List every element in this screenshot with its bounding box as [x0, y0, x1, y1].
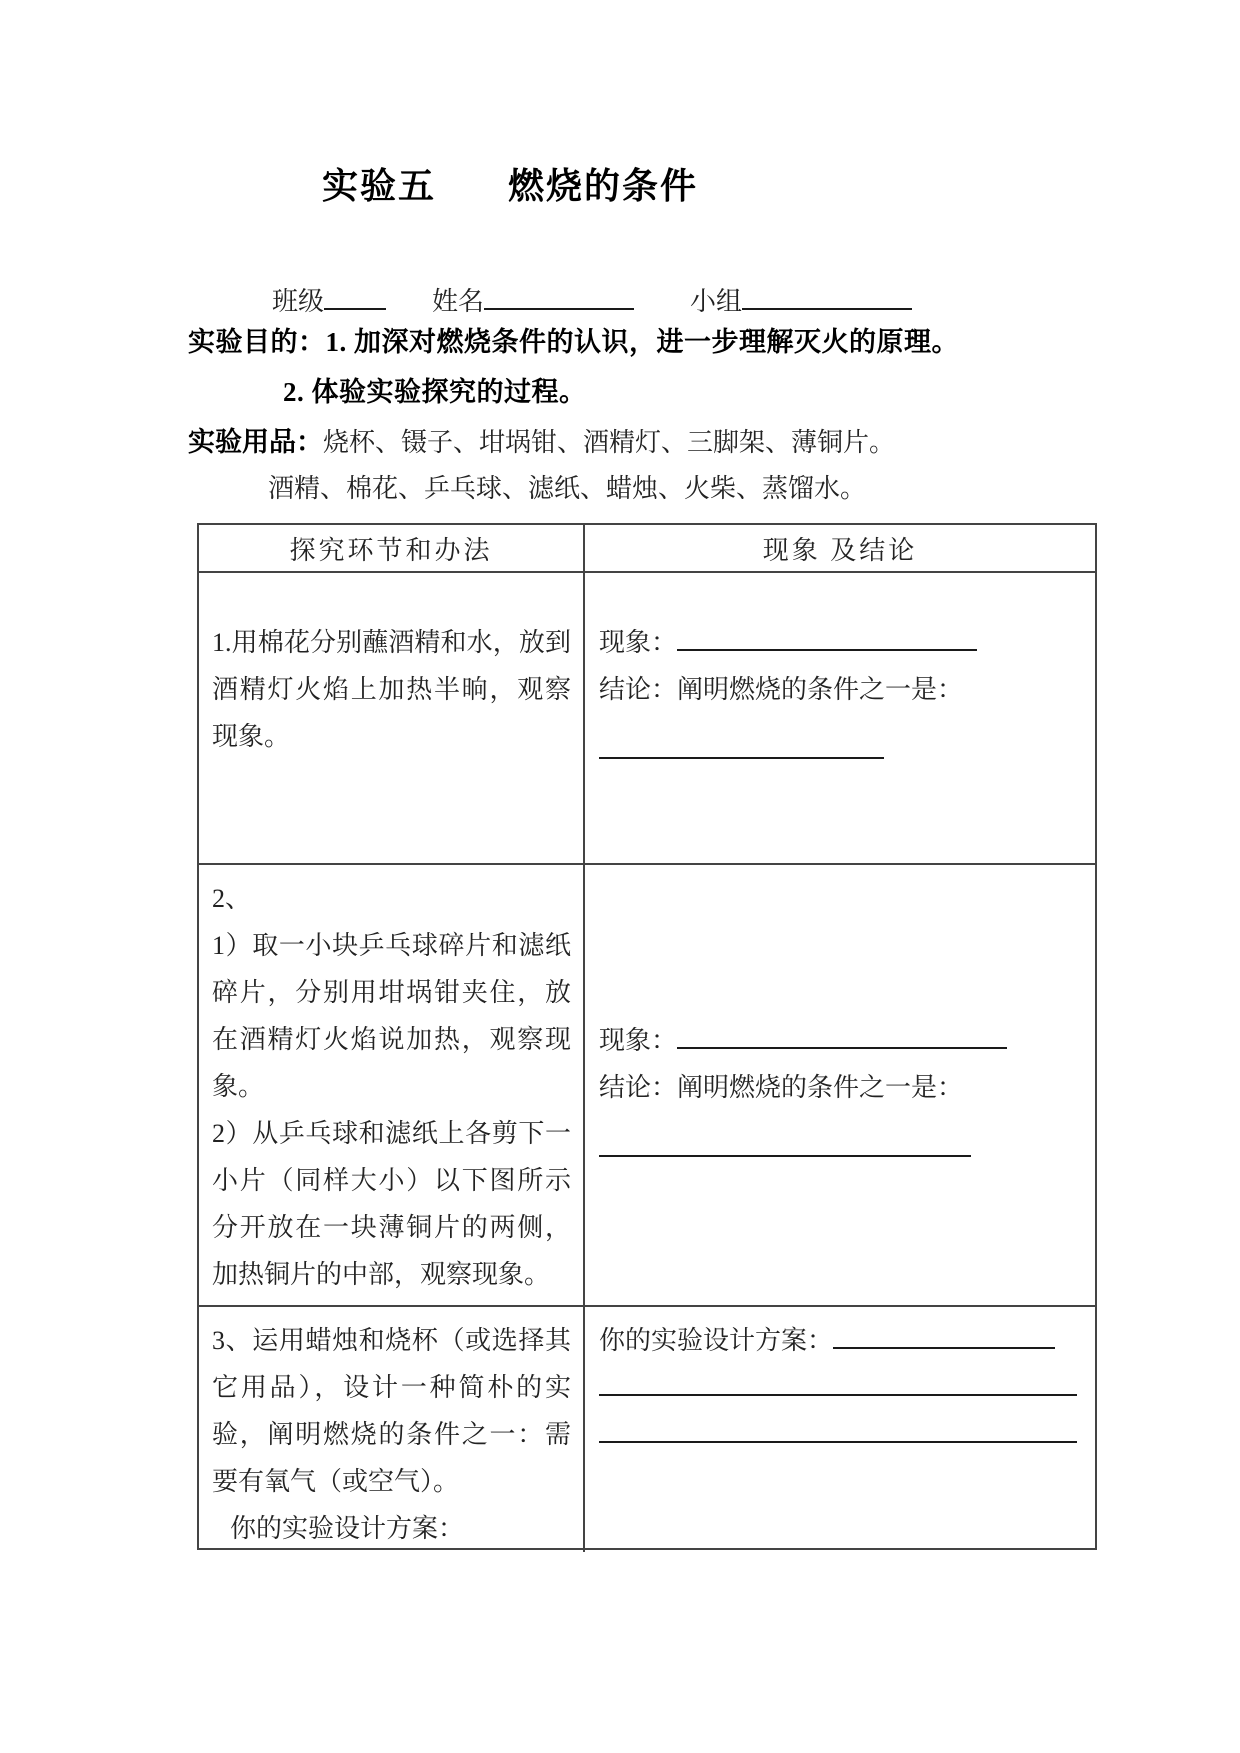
row2-phenomenon-line: 现象：	[599, 1017, 1079, 1064]
name-blank-line	[484, 283, 634, 310]
class-blank-line	[324, 283, 386, 310]
row2-result-cell: 现象： 结论：阐明燃烧的条件之一是：	[585, 865, 1095, 1307]
row2-conclusion-blank-row	[599, 1125, 1079, 1172]
name-label: 姓名	[432, 287, 484, 316]
row1-conclusion-blank-line	[599, 732, 884, 759]
title-experiment-name: 燃烧的条件	[508, 166, 698, 206]
row1-phenomenon-label: 现象：	[599, 628, 677, 657]
group-label: 小组	[690, 287, 742, 316]
row2-item-number: 2、	[212, 875, 571, 922]
row2-method-cell: 2、 1）取一小块乒乓球碎片和滤纸碎片，分别用坩埚钳夹住，放在酒精灯火焰说加热，…	[199, 865, 585, 1307]
row3-plan-blank-line-3	[599, 1416, 1077, 1443]
row2-phenomenon-blank-line	[677, 1022, 1007, 1049]
row3-plan-label: 你的实验设计方案：	[599, 1326, 833, 1355]
purpose-item-2: 2. 体验实验探究的过程。	[283, 370, 587, 409]
student-info-line: 班级姓名小组	[272, 281, 912, 318]
table-header-results: 现象 及结论	[585, 525, 1095, 573]
row2-step2-text: 2）从乒乓球和滤纸上各剪下一小片（同样大小）以下图所示分开放在一块薄铜片的两侧，…	[212, 1110, 571, 1298]
row2-step1-text: 1）取一小块乒乓球碎片和滤纸碎片，分别用坩埚钳夹住，放在酒精灯火焰说加热，观察现…	[212, 922, 571, 1110]
worksheet-page: 实验五燃烧的条件 班级姓名小组 实验目的：1. 加深对燃烧条件的认识，进一步理解…	[0, 0, 1240, 1753]
row1-conclusion-label: 结论：阐明燃烧的条件之一是：	[599, 666, 1079, 713]
title-experiment-number: 实验五	[322, 166, 436, 206]
row1-result-cell: 现象： 结论：阐明燃烧的条件之一是：	[585, 573, 1095, 865]
purpose-label: 实验目的：	[188, 327, 326, 357]
row2-phenomenon-label: 现象：	[599, 1026, 677, 1055]
row3-plan-blank-row-2	[599, 1364, 1079, 1411]
purpose-item-1: 1. 加深对燃烧条件的认识，进一步理解灭火的原理。	[326, 327, 960, 357]
row3-plan-blank-line-1	[833, 1322, 1055, 1349]
experiment-table: 探究环节和办法 现象 及结论 1.用棉花分别蘸酒精和水，放到酒精灯火焰上加热半晌…	[197, 523, 1097, 1550]
row1-method-text: 1.用棉花分别蘸酒精和水，放到酒精灯火焰上加热半晌，观察现象。	[212, 619, 571, 760]
page-title: 实验五燃烧的条件	[322, 158, 698, 209]
row3-method-text: 3、运用蜡烛和烧杯（或选择其它用品），设计一种简朴的实验，阐明燃烧的条件之一：需…	[212, 1317, 571, 1505]
row3-plan-blank-row-3	[599, 1411, 1079, 1458]
row2-conclusion-blank-line	[599, 1130, 971, 1157]
supplies-list-1: 烧杯、镊子、坩埚钳、酒精灯、三脚架、薄铜片。	[323, 428, 895, 457]
row1-phenomenon-blank-line	[677, 624, 977, 651]
class-label: 班级	[272, 287, 324, 316]
row3-plan-line: 你的实验设计方案：	[599, 1317, 1079, 1364]
table-header-methods: 探究环节和办法	[199, 525, 585, 573]
experiment-purpose-line: 实验目的：1. 加深对燃烧条件的认识，进一步理解灭火的原理。	[188, 320, 959, 359]
supplies-label: 实验用品：	[188, 427, 323, 457]
row1-method-cell: 1.用棉花分别蘸酒精和水，放到酒精灯火焰上加热半晌，观察现象。	[199, 573, 585, 865]
row3-method-cell: 3、运用蜡烛和烧杯（或选择其它用品），设计一种简朴的实验，阐明燃烧的条件之一：需…	[199, 1307, 585, 1552]
supplies-list-2: 酒精、棉花、乒乓球、滤纸、蜡烛、火柴、蒸馏水。	[268, 468, 866, 505]
experiment-supplies-line: 实验用品：烧杯、镊子、坩埚钳、酒精灯、三脚架、薄铜片。	[188, 420, 895, 459]
row1-phenomenon-line: 现象：	[599, 619, 1079, 666]
row1-conclusion-blank-row	[599, 727, 1079, 774]
row3-result-cell: 你的实验设计方案：	[585, 1307, 1095, 1552]
row3-plan-label-left: 你的实验设计方案：	[212, 1505, 571, 1552]
row3-plan-blank-line-2	[599, 1369, 1077, 1396]
group-blank-line	[742, 283, 912, 310]
row2-conclusion-label: 结论：阐明燃烧的条件之一是：	[599, 1064, 1079, 1111]
